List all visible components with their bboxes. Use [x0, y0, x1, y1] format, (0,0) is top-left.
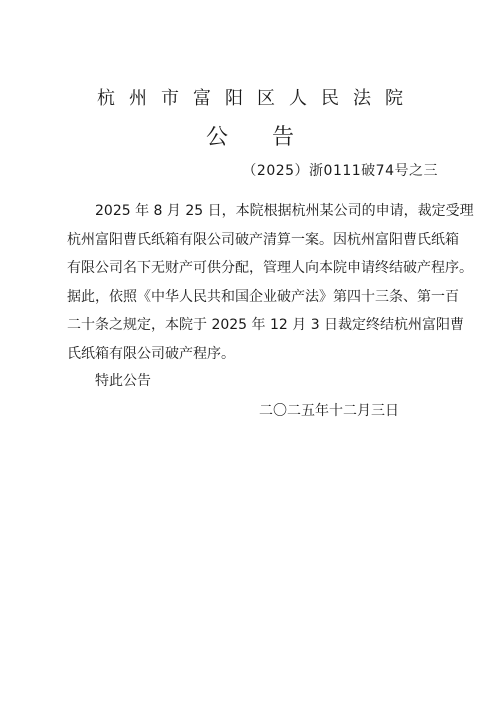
body-line: 2025 年 8 月 25 日，本院根据杭州某公司的申请，裁定受理 [67, 197, 450, 226]
closing-statement: 特此公告 [95, 370, 151, 390]
issue-date: 二〇二五年十二月三日 [259, 400, 399, 420]
body-line: 二十条之规定，本院于 2025 年 12 月 3 日裁定终结杭州富阳曹 [67, 311, 450, 340]
announcement-body: 2025 年 8 月 25 日，本院根据杭州某公司的申请，裁定受理 杭州富阳曹氏… [67, 197, 450, 369]
court-name: 杭州市富阳区人民法院 [0, 84, 500, 110]
body-line: 有限公司名下无财产可供分配，管理人向本院申请终结破产程序。 [67, 254, 450, 283]
document-title: 公告 [0, 120, 500, 151]
body-line: 杭州富阳曹氏纸箱有限公司破产清算一案。因杭州富阳曹氏纸箱 [67, 226, 450, 255]
body-line: 氏纸箱有限公司破产程序。 [67, 340, 450, 369]
body-line: 据此，依照《中华人民共和国企业破产法》第四十三条、第一百 [67, 283, 450, 312]
case-number: （2025）浙0111破74号之三 [242, 160, 438, 180]
